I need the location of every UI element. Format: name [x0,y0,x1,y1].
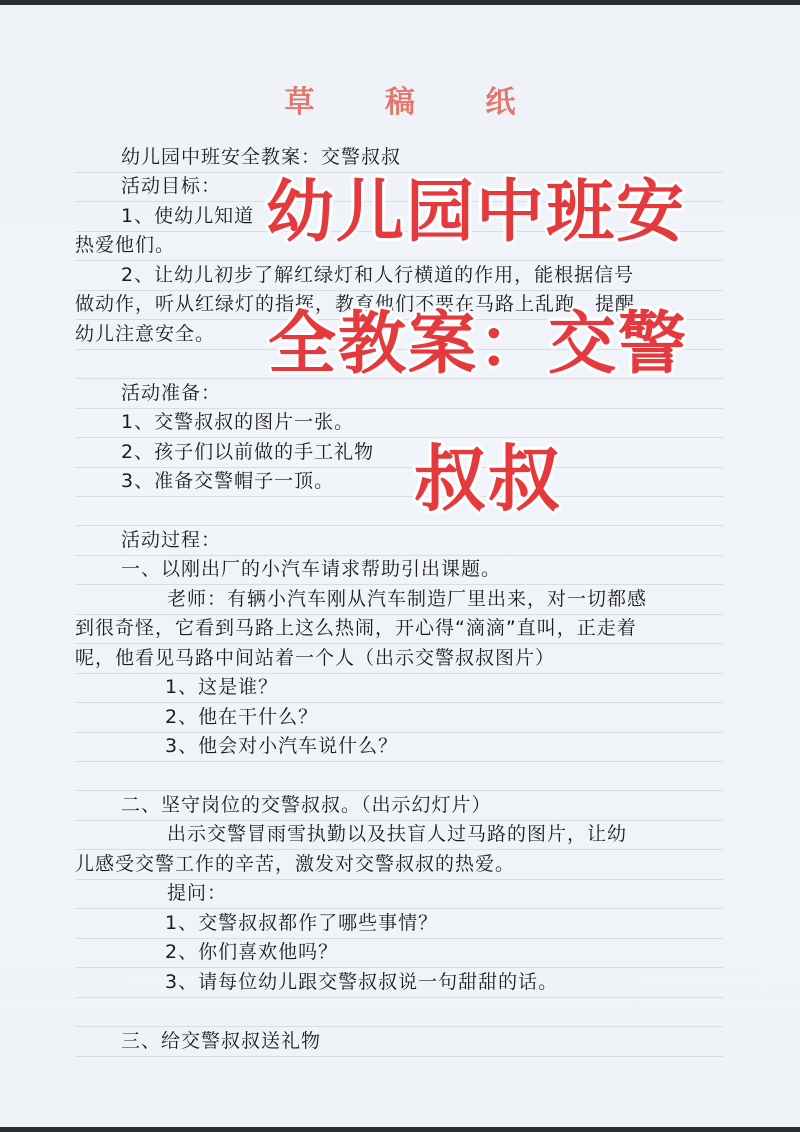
text-line: 3、他会对小汽车说什么？ [75,732,723,761]
text-line: 老师：有辆小汽车刚从汽车制造厂里出来，对一切都感 [75,585,723,614]
text-line: 到很奇怪，它看到马路上这么热闹，开心得“滴滴”直叫，正走着 [75,614,723,643]
text-line: 1、交警叔叔的图片一张。 [75,408,723,437]
text-line: 2、他在干什么？ [75,703,723,732]
text-line: 2、孩子们以前做的手工礼物 [75,438,723,467]
ruled-line [75,1056,723,1057]
text-line: 2、你们喜欢他吗？ [75,938,723,967]
text-line: 1、交警叔叔都作了哪些事情？ [75,909,723,938]
text-line: 2、让幼儿初步了解红绿灯和人行横道的作用，能根据信号 [75,261,723,290]
text-line: 儿感受交警工作的辛苦，激发对交警叔叔的热爱。 [75,850,723,879]
text-line: 3、准备交警帽子一顶。 [75,467,723,496]
text-line: 二、坚守岗位的交警叔叔。（出示幻灯片） [75,791,723,820]
text-line: 提问： [75,879,723,908]
overlay-title-line-3: 叔叔 [414,439,562,519]
text-line: 呢，他看见马路中间站着一个人（出示交警叔叔图片） [75,644,723,673]
draft-paper-page: 草 稿 纸 幼儿园中班安全教案：交警叔叔 活动目标：1、使幼儿知道热爱他们。2、… [0,5,800,1127]
overlay-title-line-1: 幼儿园中班安 [266,173,686,253]
text-line: 活动过程： [75,526,723,555]
text-line: 一、以刚出厂的小汽车请求帮助引出课题。 [75,555,723,584]
overlay-title-line-2: 全教案：交警 [268,305,688,385]
text-line: 三、给交警叔叔送礼物 [75,1027,723,1056]
paper-header-title: 草 稿 纸 [0,77,800,121]
document-title: 幼儿园中班安全教案：交警叔叔 [75,143,723,172]
text-line: 1、这是谁？ [75,673,723,702]
text-line: 3、请每位幼儿跟交警叔叔说一句甜甜的话。 [75,968,723,997]
text-line: 出示交警冒雨雪执勤以及扶盲人过马路的图片，让幼 [75,820,723,849]
blank-line [75,997,723,1026]
blank-line [75,496,723,525]
blank-line [75,761,723,790]
